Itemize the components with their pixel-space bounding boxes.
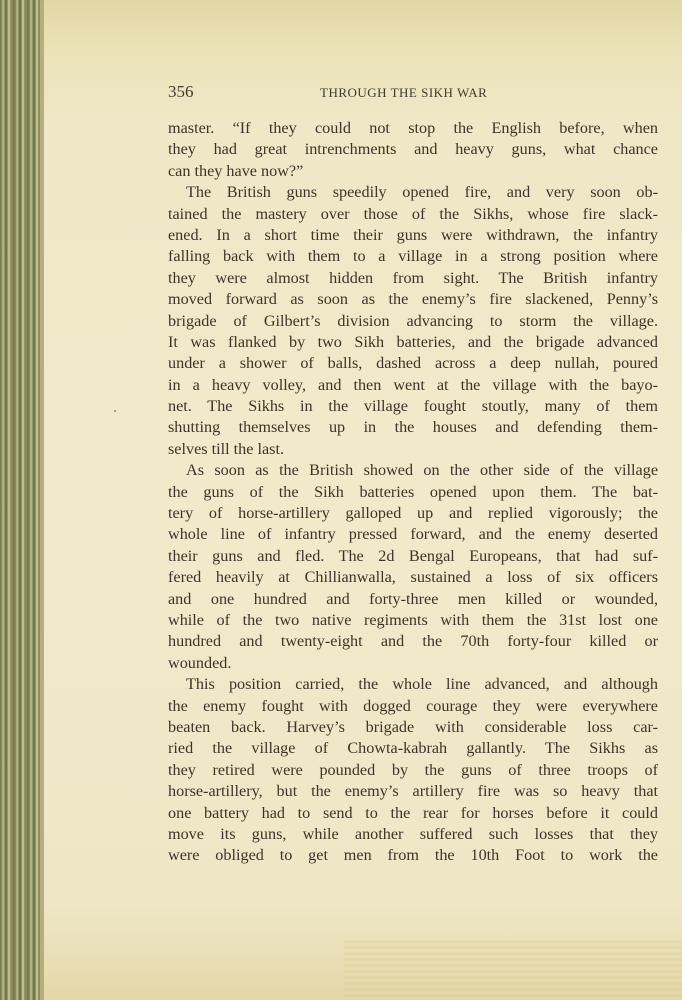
text-line: moved forward as soon as the enemy’s fir…	[168, 289, 658, 310]
text-line: their guns and fled. The 2d Bengal Europ…	[168, 546, 658, 567]
text-line: and one hundred and forty-three men kill…	[168, 589, 658, 610]
text-line: horse-artillery, but the enemy’s artille…	[168, 781, 658, 802]
text-line: were obliged to get men from the 10th Fo…	[168, 845, 658, 866]
text-line: under a shower of balls, dashed across a…	[168, 353, 658, 374]
text-line: one battery had to send to the rear for …	[168, 803, 658, 824]
text-line: ened. In a short time their guns were wi…	[168, 225, 658, 246]
text-line: hundred and twenty-eight and the 70th fo…	[168, 631, 658, 652]
text-line: in a heavy volley, and then went at the …	[168, 375, 658, 396]
text-line: beaten back. Harvey’s brigade with consi…	[168, 717, 658, 738]
text-line: can they have now?”	[168, 161, 658, 182]
running-header: 356 THROUGH THE SIKH WAR	[168, 82, 508, 104]
running-head-title: THROUGH THE SIKH WAR	[320, 85, 487, 101]
text-line: shutting themselves up in the houses and…	[168, 417, 658, 438]
text-line: master. “If they could not stop the Engl…	[168, 118, 658, 139]
paragraph-start-line: The British guns speedily opened fire, a…	[168, 182, 658, 203]
page-number: 356	[168, 82, 194, 102]
text-line: they retired were pounded by the guns of…	[168, 760, 658, 781]
text-line: they had great intrenchments and heavy g…	[168, 139, 658, 160]
text-line: the guns of the Sikh batteries opened up…	[168, 482, 658, 503]
text-line: tery of horse-artillery galloped up and …	[168, 503, 658, 524]
body-text: master. “If they could not stop the Engl…	[168, 118, 658, 867]
margin-speck	[114, 410, 116, 412]
paragraph-start-line: As soon as the British showed on the oth…	[168, 460, 658, 481]
text-line: falling back with them to a village in a…	[168, 246, 658, 267]
text-line: move its guns, while another suffered su…	[168, 824, 658, 845]
text-line: ried the village of Chowta-kabrah gallan…	[168, 738, 658, 759]
text-line: while of the two native regiments with t…	[168, 610, 658, 631]
text-line: It was flanked by two Sikh batteries, an…	[168, 332, 658, 353]
book-binding-edge	[0, 0, 42, 1000]
text-line: fered heavily at Chillianwalla, sustaine…	[168, 567, 658, 588]
text-line: selves till the last.	[168, 439, 658, 460]
text-line: net. The Sikhs in the village fought sto…	[168, 396, 658, 417]
text-line: brigade of Gilbert’s division advancing …	[168, 311, 658, 332]
text-line: tained the mastery over those of the Sik…	[168, 204, 658, 225]
paragraph-start-line: This position carried, the whole line ad…	[168, 674, 658, 695]
text-line: whole line of infantry pressed forward, …	[168, 524, 658, 545]
text-line: wounded.	[168, 653, 658, 674]
text-line: the enemy fought with dogged courage the…	[168, 696, 658, 717]
text-line: they were almost hidden from sight. The …	[168, 268, 658, 289]
